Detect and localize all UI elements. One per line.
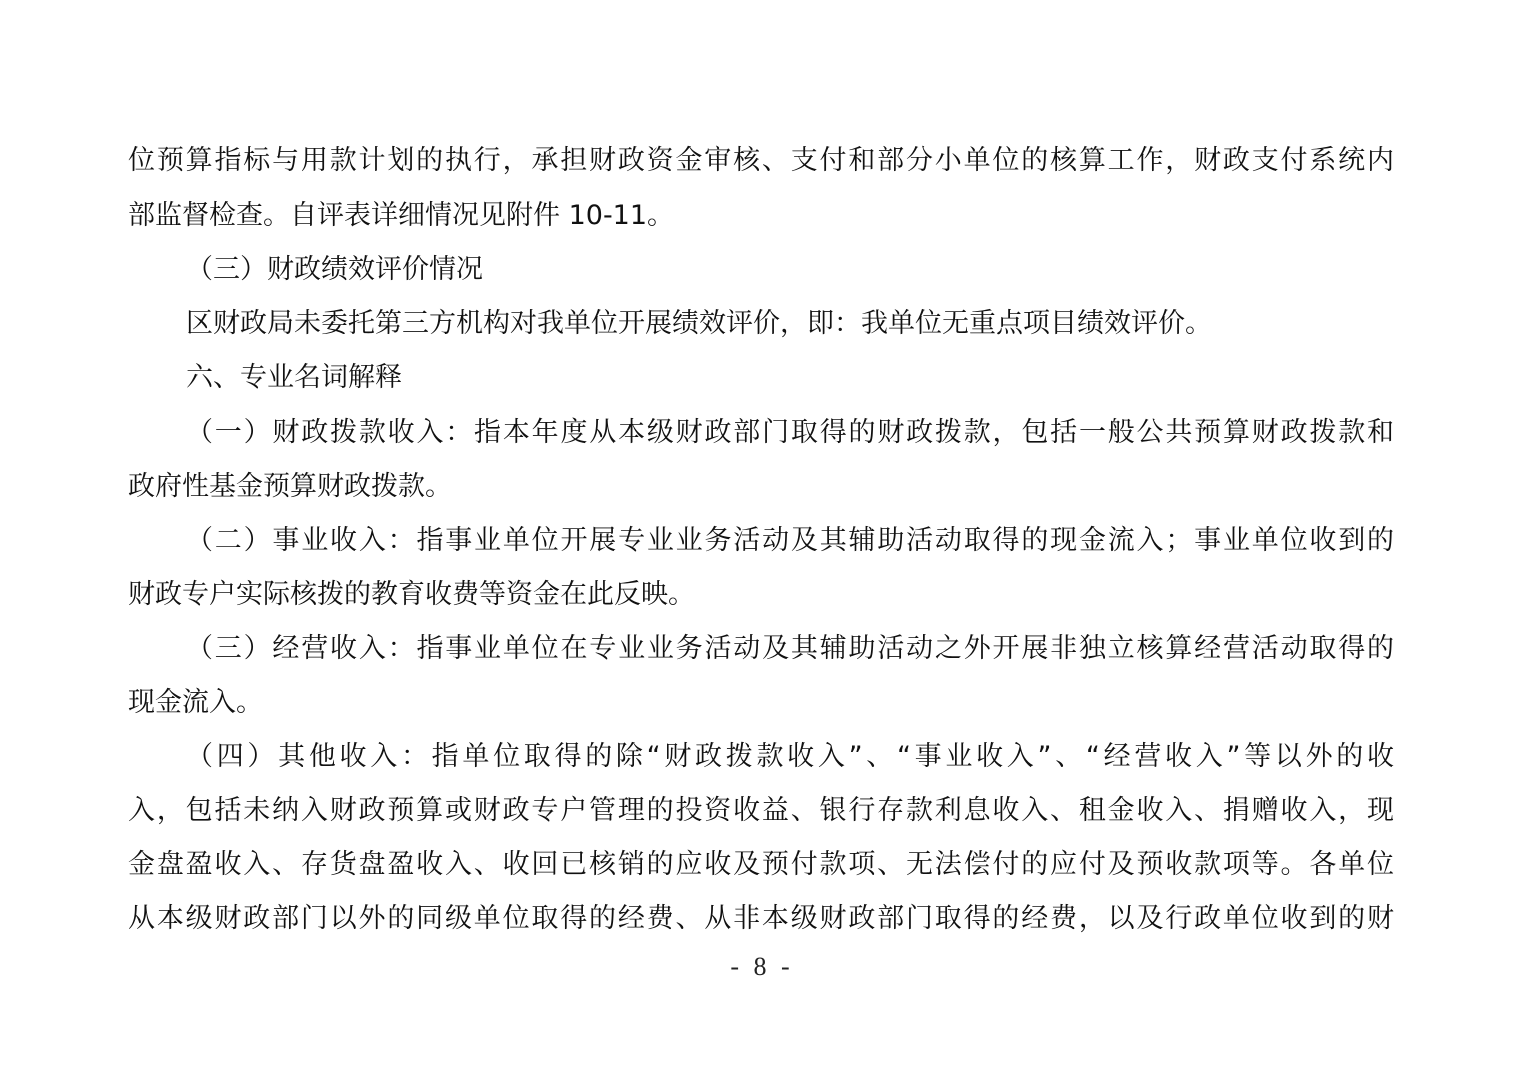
term-other-income-line-4: 从本级财政部门以外的同级单位取得的经费、从非本级财政部门取得的经费，以及行政单位… — [128, 899, 1394, 939]
term-other-income-line-1: （四）其他收入：指单位取得的除“财政拨款收入”、“事业收入”、“经营收入”等以外… — [186, 737, 1394, 777]
term-business-income-line-1: （二）事业收入：指事业单位开展专业业务活动及其辅助活动取得的现金流入；事业单位收… — [186, 521, 1394, 561]
page-number: - 8 - — [0, 952, 1520, 982]
term-operating-income-line-2: 现金流入。 — [128, 683, 1394, 723]
paragraph-line-continuation-1: 位预算指标与用款计划的执行，承担财政资金审核、支付和部分小单位的核算工作，财政支… — [128, 141, 1394, 181]
term-fiscal-appropriation-line-2: 政府性基金预算财政拨款。 — [128, 467, 1394, 507]
term-other-income-line-3: 金盘盈收入、存货盘盈收入、收回已核销的应收及预付款项、无法偿付的应付及预收款项等… — [128, 845, 1394, 885]
document-page: 位预算指标与用款计划的执行，承担财政资金审核、支付和部分小单位的核算工作，财政支… — [0, 0, 1520, 1075]
section-heading-performance-evaluation: （三）财政绩效评价情况 — [186, 250, 1394, 290]
paragraph-performance-evaluation: 区财政局未委托第三方机构对我单位开展绩效评价，即：我单位无重点项目绩效评价。 — [186, 304, 1394, 344]
term-other-income-line-2: 入，包括未纳入财政预算或财政专户管理的投资收益、银行存款利息收入、租金收入、捐赠… — [128, 791, 1394, 831]
paragraph-line-continuation-2: 部监督检查。自评表详细情况见附件 10-11。 — [128, 196, 1394, 236]
term-operating-income-line-1: （三）经营收入：指事业单位在专业业务活动及其辅助活动之外开展非独立核算经营活动取… — [186, 629, 1394, 669]
term-fiscal-appropriation-line-1: （一）财政拨款收入：指本年度从本级财政部门取得的财政拨款，包括一般公共预算财政拨… — [186, 413, 1394, 453]
section-heading-terms-explanation: 六、专业名词解释 — [186, 358, 1394, 398]
term-business-income-line-2: 财政专户实际核拨的教育收费等资金在此反映。 — [128, 575, 1394, 615]
